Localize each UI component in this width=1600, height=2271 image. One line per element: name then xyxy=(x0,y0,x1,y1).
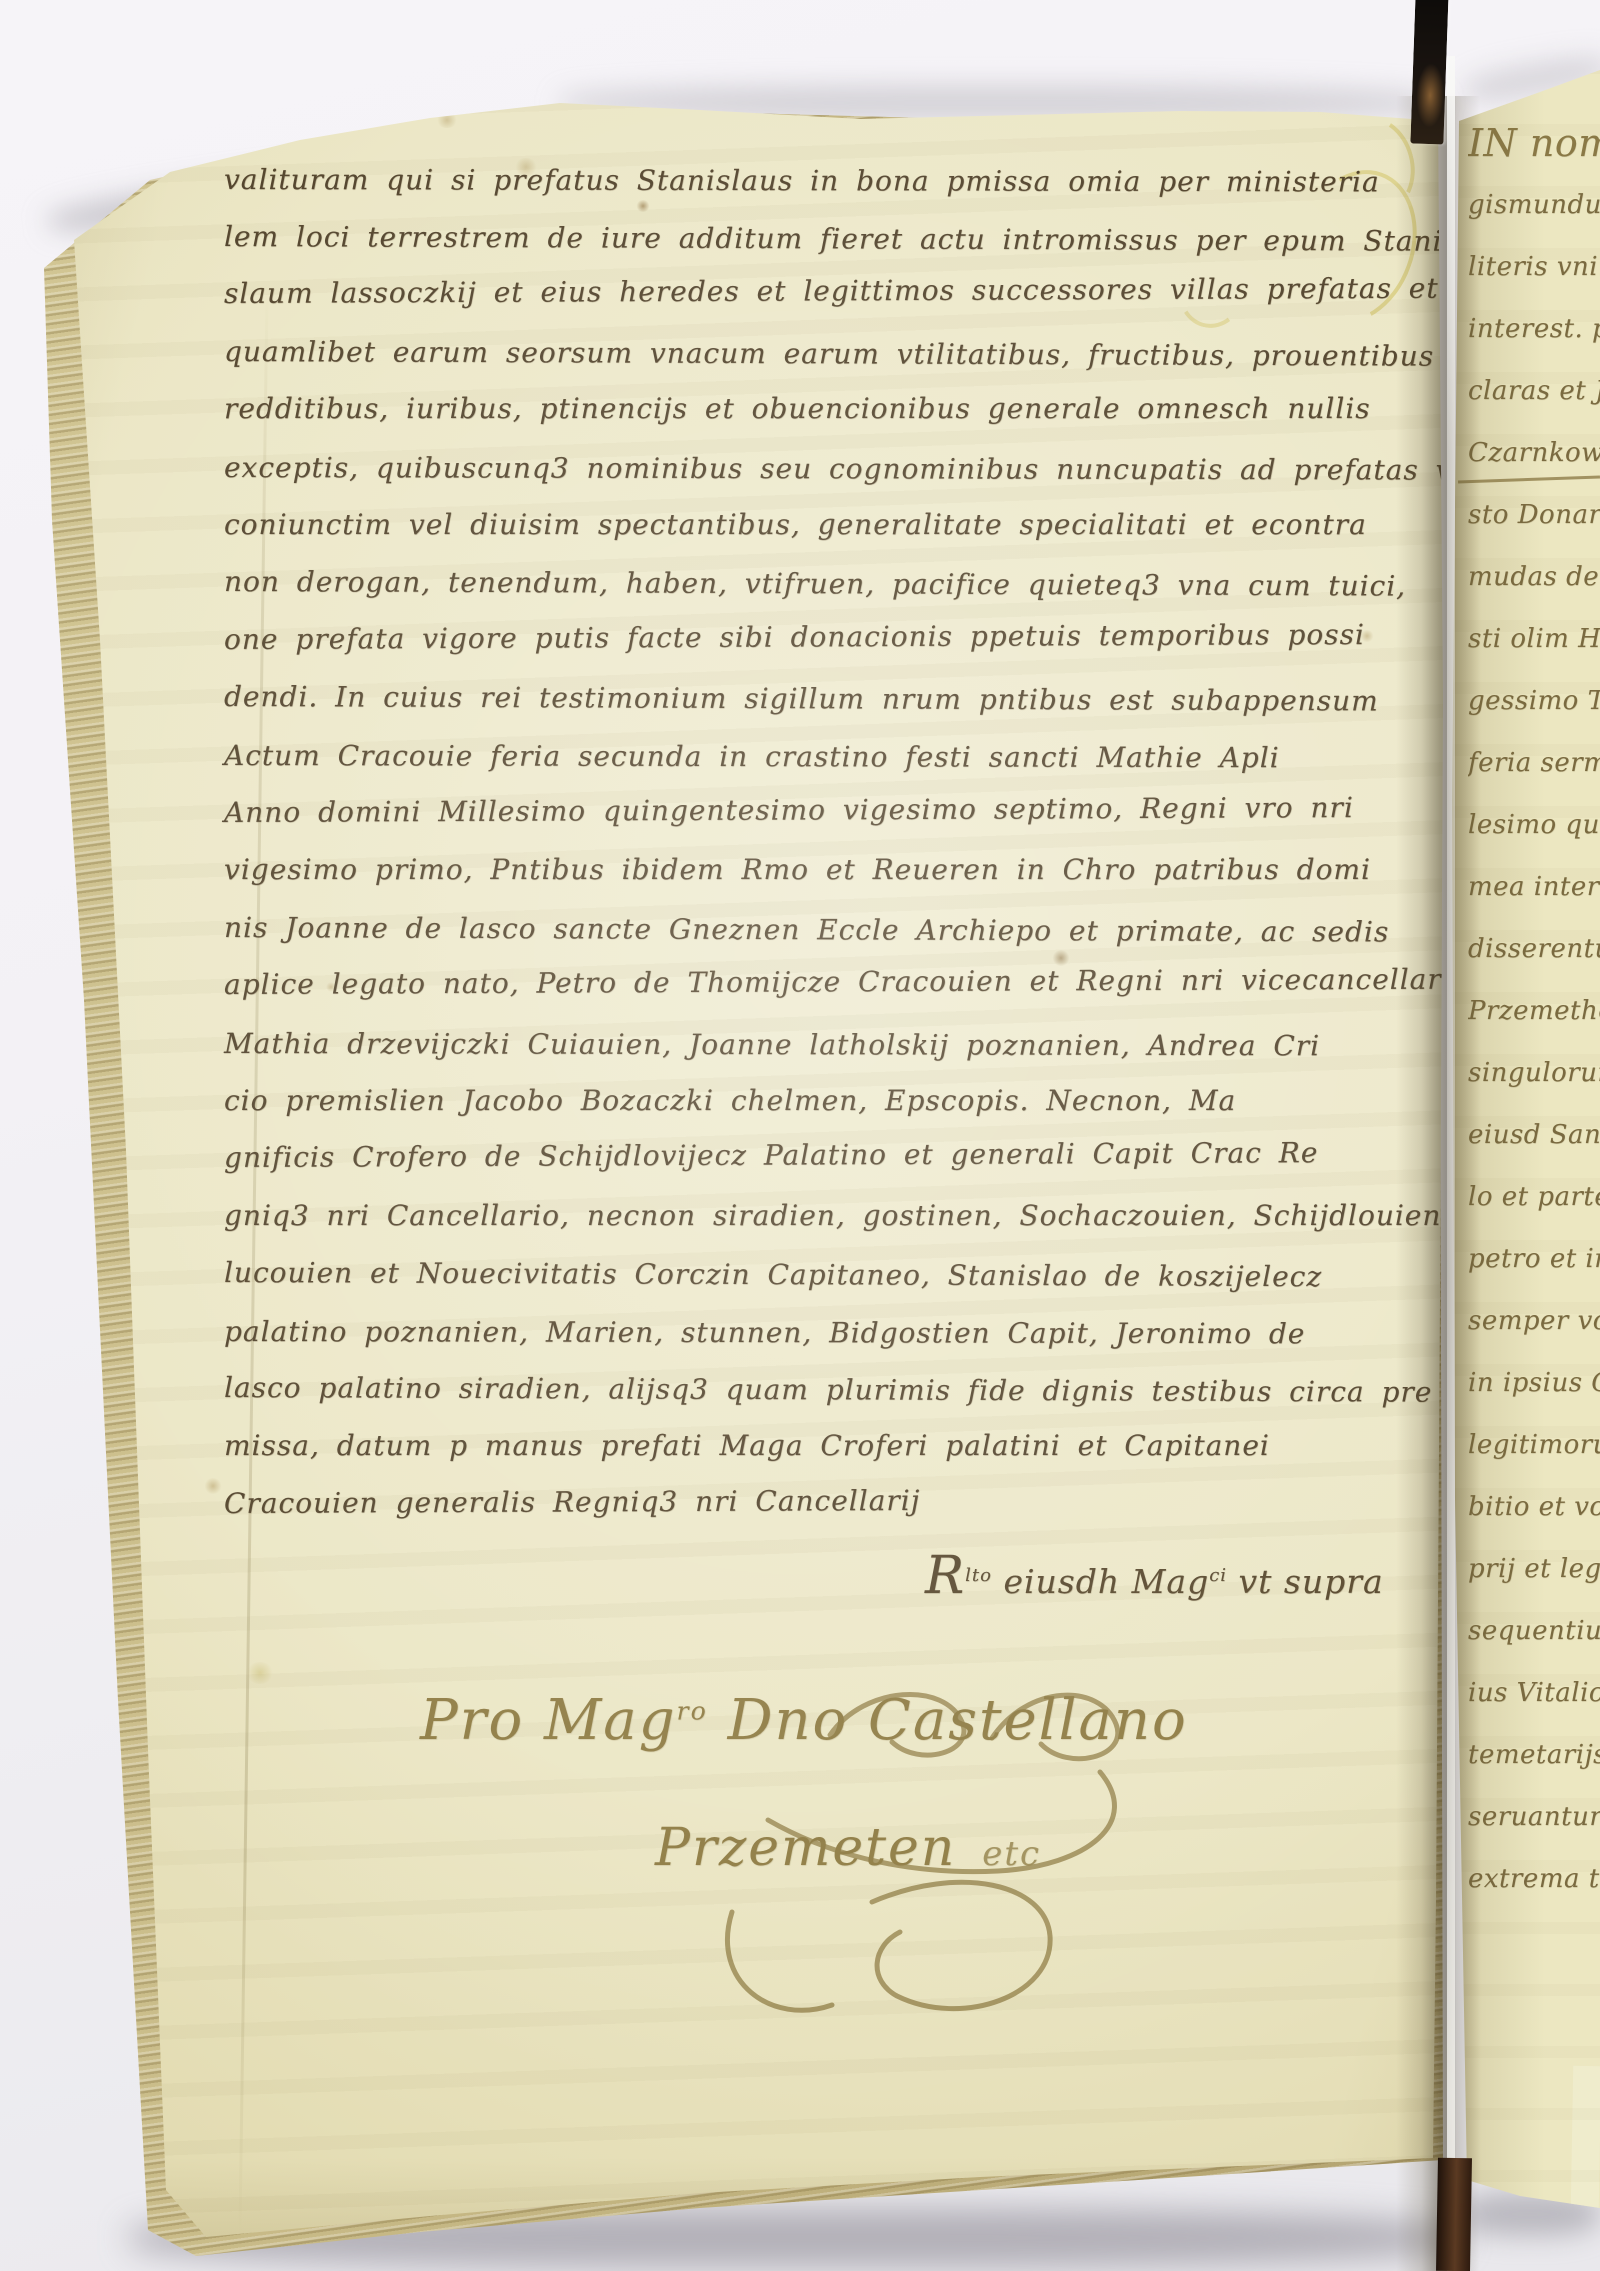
stain-spot xyxy=(246,1662,274,1684)
right-page-line: IN nomi xyxy=(1468,112,1600,174)
bookmark-strap xyxy=(1410,0,1448,145)
right-page-line: literis vnim xyxy=(1468,236,1600,298)
manuscript-line: cio premislien Jacobo Bozaczki chelmen, … xyxy=(224,1072,1399,1130)
relatio-superscript: lto xyxy=(965,1565,992,1586)
relatio-annotation: Rlto eiusdh Magci vt supra xyxy=(925,1545,1384,1607)
stain-spot xyxy=(108,1938,130,1956)
right-page-line: extrema ter xyxy=(1468,1848,1600,1910)
right-page-line: mea interp xyxy=(1468,856,1600,918)
manuscript-line: Actum Cracouie feria secunda in crastino… xyxy=(224,727,1399,787)
manuscript-line: vigesimo primo, Pntibus ibidem Rmo et Re… xyxy=(224,841,1399,899)
manuscript-line: exceptis, quibuscunq3 nominibus seu cogn… xyxy=(224,439,1399,499)
right-page-line: gismundus xyxy=(1468,174,1600,236)
manuscript-line: missa, datum p manus prefati Maga Crofer… xyxy=(224,1417,1399,1475)
right-page-line: Przemethen e xyxy=(1468,980,1600,1042)
right-page-line: interest. prese xyxy=(1468,298,1600,360)
right-page-line: sti olim Hier xyxy=(1468,608,1600,670)
manuscript-line: redditibus, iuribus, ptinencijs et obuen… xyxy=(224,380,1399,438)
relatio-text: vt supra xyxy=(1227,1562,1384,1601)
right-page-line: seruantur i xyxy=(1468,1786,1600,1848)
manuscript-line: valituram qui si prefatus Stanislaus in … xyxy=(224,151,1399,211)
manuscript-line: Anno domini Millesimo quingentesimo vige… xyxy=(224,778,1399,841)
manuscript-line: palatino poznanien, Marien, stunnen, Bid… xyxy=(224,1303,1399,1363)
right-page-line: petro et in e xyxy=(1468,1228,1600,1290)
manuscript-line: one prefata vigore putis facte sibi dona… xyxy=(224,606,1399,669)
right-page-text-column: IN nomigismundusliteris vniminterest. pr… xyxy=(1468,112,1600,1982)
manuscript-line: aplice legato nato, Petro de Thomijcze C… xyxy=(224,951,1399,1014)
right-page-line: bitio et vol xyxy=(1468,1476,1600,1538)
manuscript-line: gnificis Crofero de Schijdlovijecz Palat… xyxy=(224,1124,1399,1187)
right-page-line: feria serm xyxy=(1468,732,1600,794)
manuscript-line: coniunctim vel diuisim spectantibus, gen… xyxy=(224,496,1399,554)
right-page-line: claras et Jus xyxy=(1468,360,1600,422)
stain-spot xyxy=(70,1228,82,1240)
binding-strip xyxy=(1436,2158,1472,2271)
stain-spot xyxy=(436,112,458,128)
relatio-initial: R xyxy=(925,1546,965,1606)
right-page-line: Czarnkow et xyxy=(1468,422,1600,484)
right-page-line: lesimo quin xyxy=(1468,794,1600,856)
manuscript-line: lasco palatino siradien, alijsq3 quam pl… xyxy=(224,1359,1399,1421)
manuscript-photo: valituram qui si prefatus Stanislaus in … xyxy=(0,0,1600,2271)
right-page-line: semper voh xyxy=(1468,1290,1600,1352)
right-page-line: in ipsius G xyxy=(1468,1352,1600,1414)
manuscript-line: slaum lassoczkij et eius heredes et legi… xyxy=(224,260,1399,323)
right-page-line: singulorum in xyxy=(1468,1042,1600,1104)
relatio-superscript: ci xyxy=(1209,1565,1227,1586)
manuscript-text-block: valituram qui si prefatus Stanislaus in … xyxy=(224,150,1399,1532)
right-page-line: lo et parte xyxy=(1468,1166,1600,1228)
right-page-line: temetarijs xyxy=(1468,1724,1600,1786)
relatio-text: eiusdh Mag xyxy=(992,1562,1209,1601)
right-page-line: disserentur e xyxy=(1468,918,1600,980)
manuscript-line: dendi. In cuius rei testimonium sigillum… xyxy=(224,668,1399,730)
right-page-line: sto Donario xyxy=(1468,484,1600,546)
manuscript-line: gniq3 nri Cancellario, necnon siradien, … xyxy=(224,1187,1399,1245)
pen-flourish xyxy=(400,1650,1200,2070)
right-page-line: legitimorum xyxy=(1468,1414,1600,1476)
left-manuscript-page: valituram qui si prefatus Stanislaus in … xyxy=(0,0,1600,2271)
right-page-line: mudas de clo xyxy=(1468,546,1600,608)
right-page-line: prij et legit xyxy=(1468,1538,1600,1600)
right-page-line: eiusd Sanct xyxy=(1468,1104,1600,1166)
manuscript-line: quamlibet earum seorsum vnacum earum vti… xyxy=(224,323,1399,385)
manuscript-line: lucouien et Nouecivitatis Corczin Capita… xyxy=(224,1244,1399,1306)
page-corner-patch xyxy=(1571,2066,1600,2208)
right-page-line: sequentium n xyxy=(1468,1600,1600,1662)
manuscript-line: Mathia drzevijczki Cuiauien, Joanne lath… xyxy=(224,1015,1399,1075)
manuscript-line: Cracouien generalis Regniq3 nri Cancella… xyxy=(224,1470,1399,1533)
right-page-line: gessimo Ter xyxy=(1468,670,1600,732)
stain-spot xyxy=(204,1478,222,1494)
page-edge-highlight xyxy=(1447,56,1455,2271)
right-page-line: ius Vitaliciu xyxy=(1468,1662,1600,1724)
